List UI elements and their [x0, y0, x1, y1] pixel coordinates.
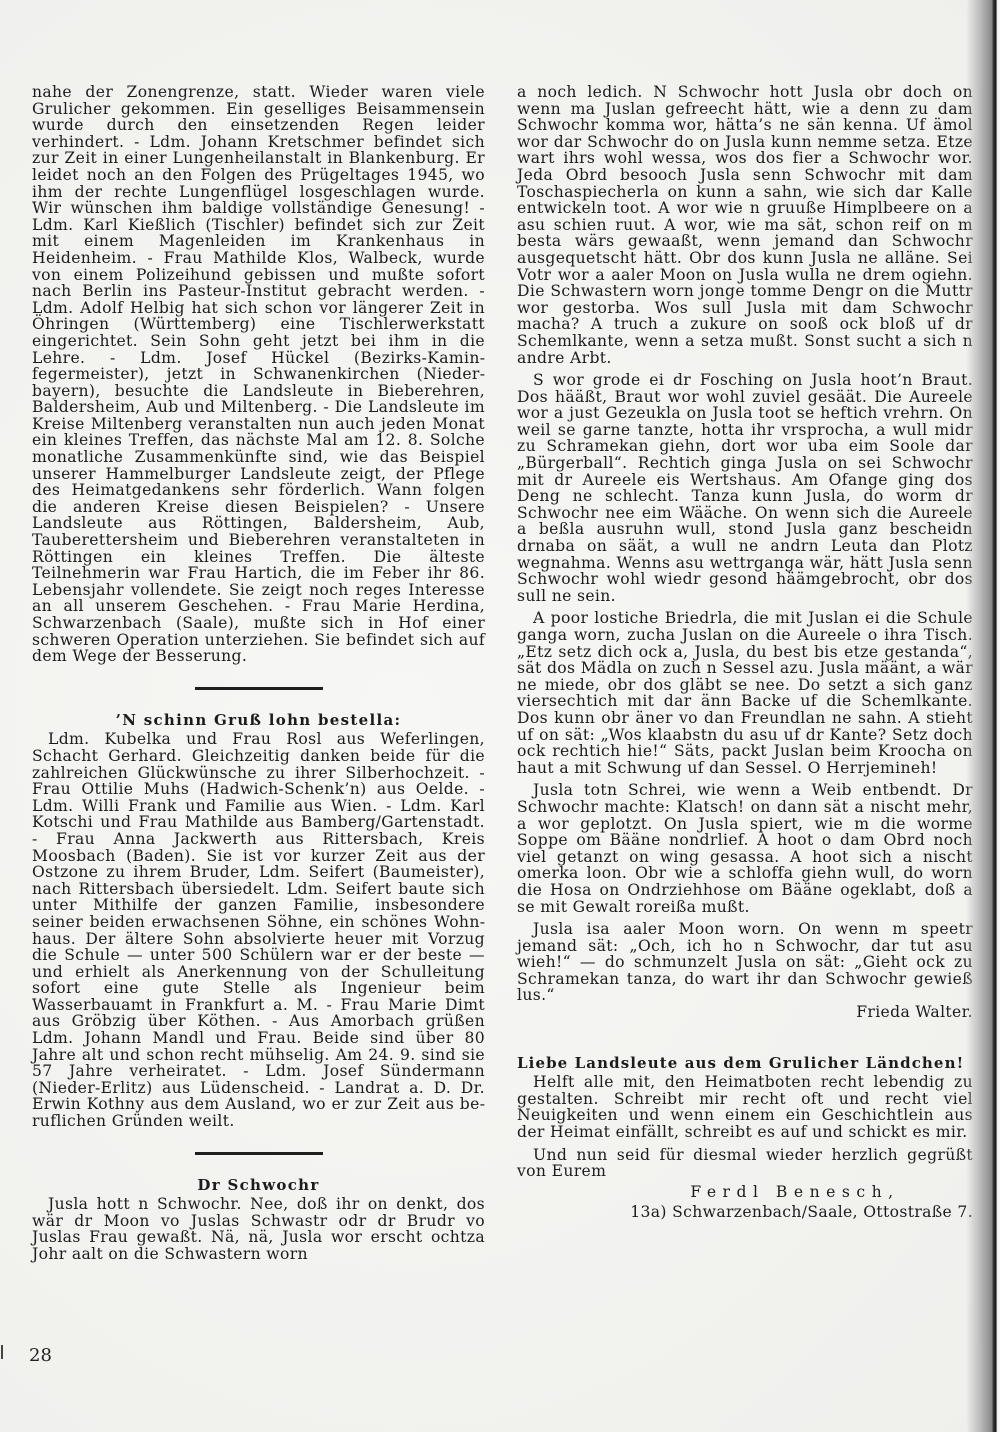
- left-column: nahe der Zonengrenze, statt. Wieder ware…: [32, 84, 485, 1263]
- letter-address: 13a) Schwarzenbach/Saale, Ottostraße 7.: [517, 1204, 973, 1221]
- letter-paragraph: Helft alle mit, den Heimatboten recht le…: [517, 1074, 973, 1140]
- story-paragraph: Jusla hott n Schwochr. Nee, doß ihr on d…: [32, 1196, 485, 1262]
- scan-edge-mark: [1, 1345, 3, 1359]
- letter-signature: Ferdl Benesch,: [517, 1184, 973, 1201]
- story-author: Frieda Walter.: [517, 1004, 973, 1021]
- story-paragraph: Jusla isa aaler Moon worn. On wenn m spe…: [517, 921, 973, 1004]
- story-heading: Dr Schwochr: [32, 1177, 485, 1194]
- story-paragraph: Jusla totn Schrei, wie wenn a Weib entbe…: [517, 782, 973, 915]
- story-paragraph: A poor lostiche Briedrla, die mit Juslan…: [517, 610, 973, 776]
- page-binding-shadow: [966, 0, 1000, 1432]
- story-paragraph: a noch ledich. N Schwochr hott Jusla obr…: [517, 84, 973, 366]
- news-paragraph: nahe der Zonengrenze, statt. Wieder ware…: [32, 84, 485, 665]
- right-column: a noch ledich. N Schwochr hott Jusla obr…: [517, 84, 973, 1221]
- page-number: 28: [29, 1345, 52, 1366]
- greetings-heading: ’N schinn Gruß lohn bestella:: [32, 712, 485, 729]
- story-paragraph: S wor grode ei dr Fosching on Jusla hoot…: [517, 372, 973, 604]
- greetings-paragraph: Ldm. Kubelka und Frau Rosl aus Weferling…: [32, 731, 485, 1129]
- letter-heading: Liebe Landsleute aus dem Grulicher Ländc…: [517, 1055, 973, 1072]
- letter-paragraph: Und nun seid für diesmal wieder herzlich…: [517, 1147, 973, 1180]
